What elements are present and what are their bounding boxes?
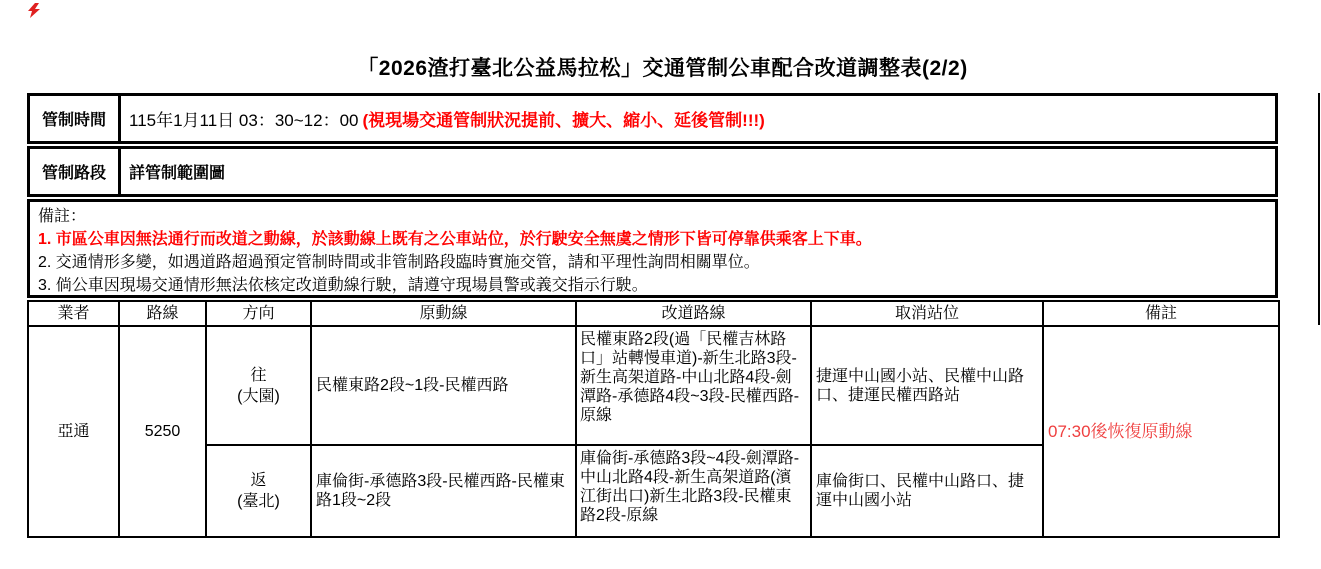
header-direction: 方向 bbox=[206, 301, 311, 326]
cancelled-stops-cell: 庫倫街口、民權中山路口、捷運中山國小站 bbox=[811, 445, 1043, 537]
control-time-warning: (視現場交通管制狀況提前、擴大、縮小、延後管制!!!) bbox=[363, 106, 765, 131]
control-time-value: 115年1月11日 03：30~12：00 (視現場交通管制狀況提前、擴大、縮小… bbox=[121, 96, 1275, 141]
original-route-cell: 庫倫街-承德路3段-民權西路-民權東路1段~2段 bbox=[311, 445, 576, 537]
original-route-cell: 民權東路2段~1段-民權西路 bbox=[311, 326, 576, 445]
direction-text: 返 bbox=[207, 470, 310, 491]
control-section-box: 管制路段 詳管制範圍圖 bbox=[27, 146, 1278, 197]
control-section-text: 詳管制範圍圖 bbox=[129, 160, 225, 183]
red-flash-icon bbox=[27, 3, 41, 18]
control-time-box: 管制時間 115年1月11日 03：30~12：00 (視現場交通管制狀況提前、… bbox=[27, 93, 1278, 144]
table-row: 亞通 5250 往 (大園) 民權東路2段~1段-民權西路 民權東路2段(過「民… bbox=[28, 326, 1279, 445]
control-time-text: 115年1月11日 03：30~12：00 bbox=[129, 106, 359, 131]
document-page: 「2026渣打臺北公益馬拉松」交通管制公車配合改道調整表(2/2) 管制時間 1… bbox=[0, 0, 1321, 569]
header-cancelled-stops: 取消站位 bbox=[811, 301, 1043, 326]
direction-cell-outbound: 往 (大園) bbox=[206, 326, 311, 445]
remark-cell: 07:30後恢復原動線 bbox=[1043, 326, 1279, 537]
notes-box: 備註： 1. 市區公車因無法通行而改道之動線，於該動線上既有之公車站位，於行駛安… bbox=[27, 199, 1278, 298]
detour-route-cell: 庫倫街-承德路3段~4段-劍潭路-中山北路4段-新生高架道路(濱江街出口)新生北… bbox=[576, 445, 811, 537]
note-item-2: 2. 交通情形多變，如遇道路超過預定管制時間或非管制路段臨時實施交管，請和平理性… bbox=[38, 251, 1267, 274]
control-section-label: 管制路段 bbox=[30, 149, 121, 194]
detour-table: 業者 路線 方向 原動線 改道路線 取消站位 備註 亞通 5250 往 (大園)… bbox=[27, 300, 1280, 538]
direction-cell-return: 返 (臺北) bbox=[206, 445, 311, 537]
table-header-row: 業者 路線 方向 原動線 改道路線 取消站位 備註 bbox=[28, 301, 1279, 326]
operator-cell: 亞通 bbox=[28, 326, 119, 537]
direction-destination: (大園) bbox=[207, 386, 310, 407]
header-operator: 業者 bbox=[28, 301, 119, 326]
direction-text: 往 bbox=[207, 365, 310, 386]
note-item-3: 3. 倘公車因現場交通情形無法依核定改道動線行駛，請遵守現場員警或義交指示行駛。 bbox=[38, 274, 1267, 297]
remark-text: 07:30後恢復原動線 bbox=[1048, 422, 1193, 441]
header-remark: 備註 bbox=[1043, 301, 1279, 326]
page-title: 「2026渣打臺北公益馬拉松」交通管制公車配合改道調整表(2/2) bbox=[27, 52, 1298, 82]
page-edge-line bbox=[1318, 93, 1320, 325]
note-item-1: 1. 市區公車因無法通行而改道之動線，於該動線上既有之公車站位，於行駛安全無虞之… bbox=[38, 228, 1267, 251]
control-section-value: 詳管制範圍圖 bbox=[121, 149, 1275, 194]
header-original-route: 原動線 bbox=[311, 301, 576, 326]
header-detour-route: 改道路線 bbox=[576, 301, 811, 326]
notes-label: 備註： bbox=[38, 205, 1267, 228]
detour-route-cell: 民權東路2段(過「民權吉林路口」站轉慢車道)-新生北路3段-新生高架道路-中山北… bbox=[576, 326, 811, 445]
direction-destination: (臺北) bbox=[207, 491, 310, 512]
route-cell: 5250 bbox=[119, 326, 206, 537]
cancelled-stops-cell: 捷運中山國小站、民權中山路口、捷運民權西路站 bbox=[811, 326, 1043, 445]
control-time-label: 管制時間 bbox=[30, 96, 121, 141]
header-route: 路線 bbox=[119, 301, 206, 326]
